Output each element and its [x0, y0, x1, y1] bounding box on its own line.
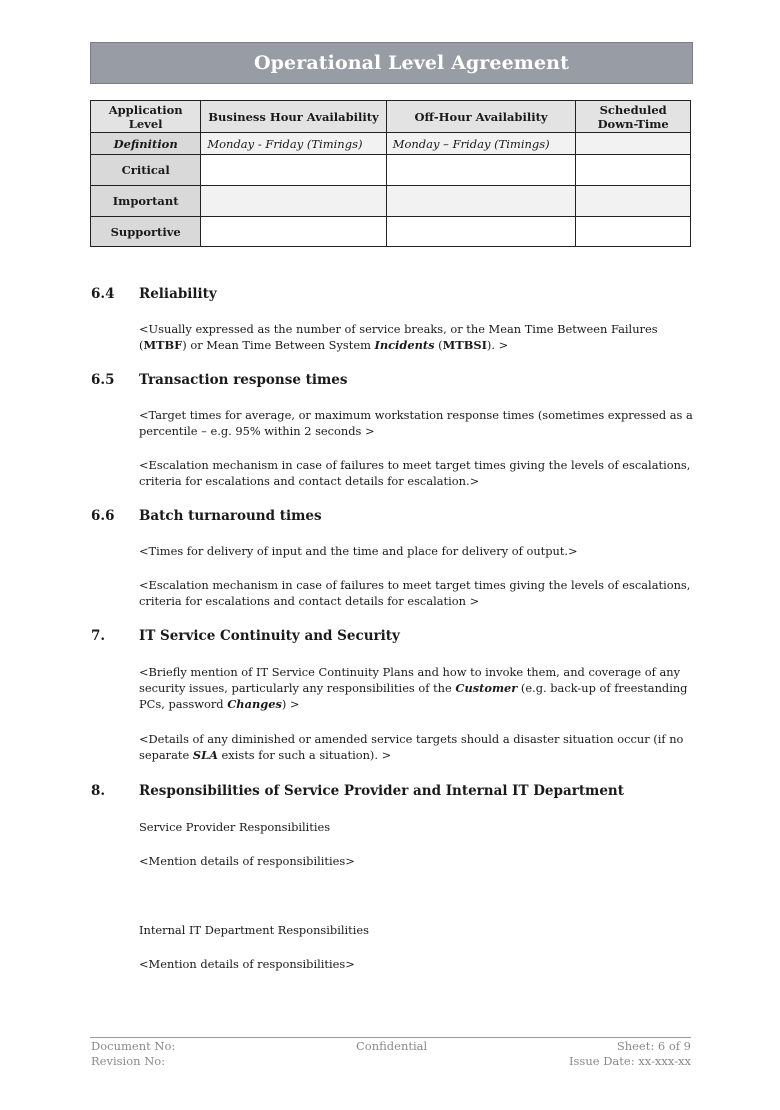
section-heading-reliability: 6.4 Reliability — [91, 286, 217, 302]
issue-date: Issue Date: xx-xxx-xx — [569, 1054, 691, 1069]
section-heading-batch-turnaround: 6.6 Batch turnaround times — [91, 508, 322, 524]
cell-offhour: Monday – Friday (Timings) — [386, 133, 576, 155]
text-run-bold-italic: Changes — [227, 697, 282, 711]
cell-downtime — [576, 133, 691, 155]
text-run: ) > — [282, 697, 300, 711]
sheet-number: Sheet: 6 of 9 — [569, 1039, 691, 1054]
header-business-hour: Business Hour Availability — [201, 101, 386, 133]
section-heading-transaction-response: 6.5 Transaction response times — [91, 372, 347, 388]
cell-offhour — [386, 186, 576, 217]
row-label: Important — [91, 186, 201, 217]
document-page: Operational Level Agreement Application … — [0, 0, 780, 1110]
footer-left: Document No: Revision No: — [91, 1039, 175, 1069]
footer-right: Sheet: 6 of 9 Issue Date: xx-xxx-xx — [569, 1039, 691, 1069]
text-run-bold: MTBF — [143, 338, 182, 352]
row-label: Supportive — [91, 217, 201, 247]
text-run: exists for such a situation). > — [218, 748, 391, 762]
service-provider-placeholder: <Mention details of responsibilities> — [139, 853, 695, 869]
cell-downtime — [576, 217, 691, 247]
footer-divider — [90, 1037, 691, 1038]
document-number-label: Document No: — [91, 1039, 175, 1054]
text-run-bold-italic: Incidents — [375, 338, 435, 352]
revision-number-label: Revision No: — [91, 1054, 175, 1069]
text-run: ) or Mean Time Between System — [182, 338, 374, 352]
text-run: ). > — [487, 338, 508, 352]
document-title: Operational Level Agreement — [214, 52, 569, 74]
section-number: 6.4 — [91, 286, 139, 302]
table-row: Definition Monday - Friday (Timings) Mon… — [91, 133, 691, 155]
transaction-paragraph-1: <Target times for average, or maximum wo… — [139, 407, 695, 439]
text-run: ( — [435, 338, 443, 352]
internal-it-placeholder: <Mention details of responsibilities> — [139, 956, 695, 972]
service-provider-subheading: Service Provider Responsibilities — [139, 819, 695, 835]
cell-business — [201, 155, 386, 186]
section-title: Transaction response times — [139, 372, 347, 388]
cell-offhour — [386, 217, 576, 247]
title-banner: Operational Level Agreement — [90, 42, 693, 84]
row-label: Definition — [91, 133, 201, 155]
header-off-hour: Off-Hour Availability — [386, 101, 576, 133]
table-row: Important — [91, 186, 691, 217]
section-number: 6.5 — [91, 372, 139, 388]
text-run-bold-italic: Customer — [455, 681, 517, 695]
cell-business — [201, 186, 386, 217]
row-label: Critical — [91, 155, 201, 186]
cell-business — [201, 217, 386, 247]
table-row: Critical — [91, 155, 691, 186]
continuity-paragraph-1: <Briefly mention of IT Service Continuit… — [139, 664, 695, 712]
table-header-row: Application Level Business Hour Availabi… — [91, 101, 691, 133]
section-title: Responsibilities of Service Provider and… — [139, 783, 624, 799]
cell-business: Monday - Friday (Timings) — [201, 133, 386, 155]
batch-paragraph-1: <Times for delivery of input and the tim… — [139, 543, 695, 559]
section-number: 7. — [91, 628, 139, 644]
section-heading-responsibilities: 8. Responsibilities of Service Provider … — [91, 783, 624, 799]
reliability-paragraph: <Usually expressed as the number of serv… — [139, 321, 695, 353]
section-heading-continuity-security: 7. IT Service Continuity and Security — [91, 628, 400, 644]
availability-table: Application Level Business Hour Availabi… — [90, 100, 691, 247]
internal-it-subheading: Internal IT Department Responsibilities — [139, 922, 695, 938]
footer-classification: Confidential — [356, 1039, 427, 1054]
section-title: Reliability — [139, 286, 217, 302]
section-title: Batch turnaround times — [139, 508, 322, 524]
header-scheduled-downtime: Scheduled Down-Time — [576, 101, 691, 133]
continuity-paragraph-2: <Details of any diminished or amended se… — [139, 731, 695, 763]
section-number: 6.6 — [91, 508, 139, 524]
text-run-bold: MTBSI — [443, 338, 487, 352]
cell-downtime — [576, 186, 691, 217]
header-application-level: Application Level — [91, 101, 201, 133]
text-run-bold-italic: SLA — [193, 748, 218, 762]
batch-paragraph-2: <Escalation mechanism in case of failure… — [139, 577, 695, 609]
transaction-paragraph-2: <Escalation mechanism in case of failure… — [139, 457, 695, 489]
section-number: 8. — [91, 783, 139, 799]
cell-offhour — [386, 155, 576, 186]
table-row: Supportive — [91, 217, 691, 247]
cell-downtime — [576, 155, 691, 186]
section-title: IT Service Continuity and Security — [139, 628, 400, 644]
